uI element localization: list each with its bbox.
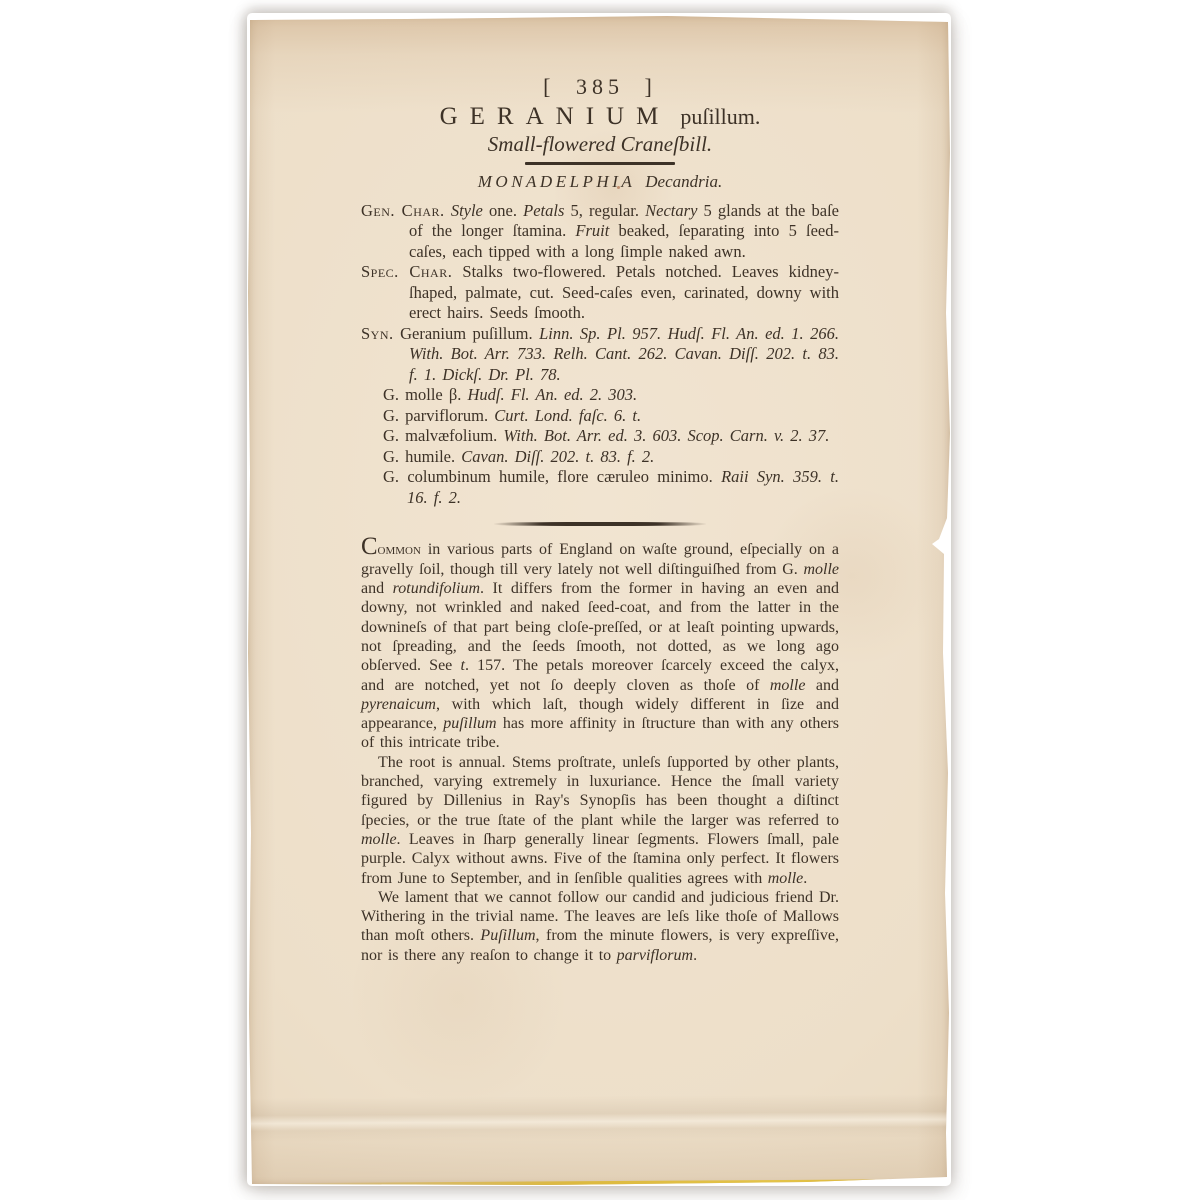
synonym-item-3: G. malvæfolium. With. Bot. Arr. ed. 3. 6… (361, 426, 839, 447)
text-segment: rotundifolium (393, 580, 480, 597)
text-segment: molle (770, 677, 806, 694)
species-name: puſillum. (680, 104, 760, 129)
text-segment: G. parviflorum. (383, 406, 494, 425)
linnaean-order: Decandria. (645, 172, 722, 191)
text-segment: Style (451, 201, 483, 220)
section-label: Syn. (361, 324, 394, 343)
page-crease (247, 1094, 951, 1142)
text-segment: pyrenaicum (361, 696, 436, 713)
common-name: Small-flowered Craneſbill. (361, 132, 839, 157)
text-segment: Hudſ. Fl. An. ed. 2. 303. (468, 385, 638, 404)
text-segment: ommon (378, 541, 421, 558)
scan-background: [ 385 ] GERANIUMpuſillum. Small-flowered… (0, 0, 1200, 1200)
genus-name: GERANIUM (440, 103, 671, 130)
syn-paragraph: Syn. Geranium puſillum. Linn. Sp. Pl. 95… (361, 324, 839, 386)
divider-rule (525, 162, 675, 165)
text-segment: Puſillum (480, 927, 535, 944)
classification-line: MONADELPHIADecandria. (361, 172, 839, 192)
linnaean-class: MONADELPHIA (478, 172, 635, 191)
text-segment: . (803, 870, 807, 887)
swelled-rule (494, 522, 706, 526)
text-segment: puſillum (443, 715, 496, 732)
section-label: Gen. Char. (361, 201, 445, 220)
text-segment: molle (361, 831, 397, 848)
text-segment: Petals (523, 201, 564, 220)
text-segment: . (693, 947, 697, 964)
text-segment: and (361, 580, 393, 597)
text-segment: G. humile. (383, 447, 461, 466)
character-sections: Gen. Char. Style one. Petals 5, regular.… (361, 201, 839, 509)
text-segment: The root is annual. Stems proſtrate, unl… (361, 754, 839, 829)
gen-char-paragraph: Gen. Char. Style one. Petals 5, regular.… (361, 201, 839, 263)
text-segment: one. (483, 201, 523, 220)
text-segment: G. columbinum humile, flore cæruleo mini… (383, 467, 721, 486)
text-column: [ 385 ] GERANIUMpuſillum. Small-flowered… (361, 60, 839, 965)
text-segment: and (805, 677, 839, 694)
text-segment: With. Bot. Arr. ed. 3. 603. Scop. Carn. … (503, 426, 829, 445)
page-number: [ 385 ] (361, 74, 839, 100)
text-segment: G. molle β. (383, 385, 468, 404)
text-segment: Fruit (575, 221, 609, 240)
text-segment: C (361, 533, 378, 560)
body-paragraph-1: Common in various parts of England on wa… (361, 535, 839, 753)
text-segment: Nectary (645, 201, 697, 220)
book-page: [ 385 ] GERANIUMpuſillum. Small-flowered… (247, 13, 951, 1186)
text-segment: parviflorum (617, 947, 693, 964)
page-title: GERANIUMpuſillum. (361, 103, 839, 131)
text-segment: molle (803, 561, 839, 578)
text-segment: in various parts of England on waſte gro… (361, 541, 839, 578)
body-paragraph-3: We lament that we cannot follow our cand… (361, 888, 839, 965)
body-paragraph-2: The root is annual. Stems proſtrate, unl… (361, 753, 839, 888)
synonym-item-4: G. humile. Cavan. Diſſ. 202. t. 83. f. 2… (361, 447, 839, 468)
synonym-item-5: G. columbinum humile, flore cæruleo mini… (361, 467, 839, 508)
text-segment: Geranium puſillum. (394, 324, 539, 343)
spec-char-paragraph: Spec. Char. Stalks two-flowered. Petals … (361, 262, 839, 324)
text-segment: G. malvæfolium. (383, 426, 503, 445)
text-segment: Cavan. Diſſ. 202. t. 83. f. 2. (461, 447, 654, 466)
text-segment: molle (768, 870, 804, 887)
text-segment: Stalks two-flowered. Petals notched. Lea… (409, 262, 839, 322)
text-segment: 5, regular. (564, 201, 645, 220)
synonym-item-1: G. molle β. Hudſ. Fl. An. ed. 2. 303. (361, 385, 839, 406)
synonym-item-2: G. parviflorum. Curt. Lond. faſc. 6. t. (361, 406, 839, 427)
description-text: Common in various parts of England on wa… (361, 535, 839, 965)
text-segment: Curt. Lond. faſc. 6. t. (494, 406, 641, 425)
section-label: Spec. Char. (361, 262, 452, 281)
